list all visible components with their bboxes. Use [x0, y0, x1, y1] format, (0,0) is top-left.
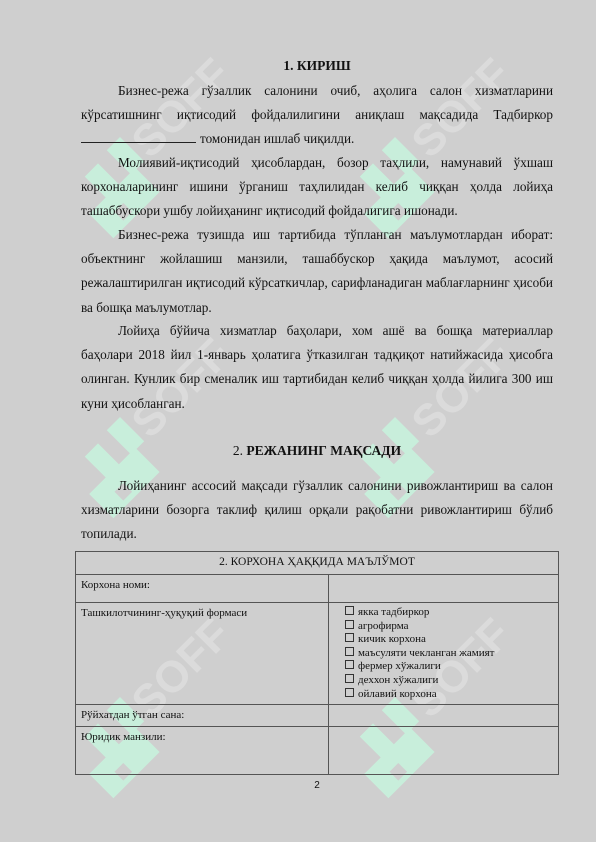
- row-label-company-name: Корхона номи:: [76, 575, 329, 603]
- blank-fill-line: [81, 130, 196, 143]
- paragraph-text: Молиявий-иқтисодий ҳисоблардан, бозор та…: [81, 155, 553, 218]
- table-row: Рўйхатдан ўтган сана:: [76, 705, 559, 727]
- paragraph-text: Бизнес-режа тузишда иш тартибида тўпланг…: [81, 227, 553, 315]
- row-label-legal-address: Юридик манзили:: [76, 727, 329, 775]
- row-label-registration-date: Рўйхатдан ўтган сана:: [76, 705, 329, 727]
- option-farm[interactable]: фермер хўжалиги: [345, 660, 553, 674]
- table-header-row: 2. КОРХОНА ҲАҚҚИДА МАЪЛЎМОТ: [76, 552, 559, 575]
- table-row: Корхона номи:: [76, 575, 559, 603]
- section-1-paragraph-1: Бизнес-режа гўзаллик салонини очиб, аҳол…: [81, 79, 553, 152]
- page-number: 2: [81, 780, 553, 791]
- section-2-title: 2. РЕЖАНИНГ МАҚСАДИ: [81, 443, 553, 459]
- checkbox-icon[interactable]: [345, 647, 354, 656]
- paragraph-text: Лойиҳанинг ассосий мақсади гўзаллик сало…: [81, 478, 553, 541]
- section-1-paragraph-3: Бизнес-режа тузишда иш тартибида тўпланг…: [81, 223, 553, 320]
- checkbox-icon[interactable]: [345, 620, 354, 629]
- section-1-paragraph-2: Молиявий-иқтисодий ҳисоблардан, бозор та…: [81, 151, 553, 224]
- option-family-enterprise[interactable]: ойлавий корхона: [345, 688, 553, 702]
- paragraph-text: томонидан ишлаб чиқилди.: [200, 131, 354, 146]
- company-info-table: 2. КОРХОНА ҲАҚҚИДА МАЪЛЎМОТ Корхона номи…: [75, 551, 559, 775]
- checkbox-icon[interactable]: [345, 606, 354, 615]
- table-row: Юридик манзили:: [76, 727, 559, 775]
- row-value-company-name[interactable]: [329, 575, 559, 603]
- row-value-legal-address[interactable]: [329, 727, 559, 775]
- section-2-title-text: РЕЖАНИНГ МАҚСАДИ: [246, 443, 401, 458]
- option-llc[interactable]: маъсуляти чекланган жамият: [345, 647, 553, 661]
- section-2-paragraph: Лойиҳанинг ассосий мақсади гўзаллик сало…: [81, 474, 553, 547]
- checkbox-icon[interactable]: [345, 674, 354, 683]
- option-small-enterprise[interactable]: кичик корхона: [345, 633, 553, 647]
- table-header: 2. КОРХОНА ҲАҚҚИДА МАЪЛЎМОТ: [76, 552, 559, 575]
- section-1-title: 1. КИРИШ: [81, 58, 553, 74]
- paragraph-text: Бизнес-режа гўзаллик салонини очиб, аҳол…: [81, 83, 553, 122]
- table-row: Ташкилотчининг-ҳуқуқий формаси якка тадб…: [76, 603, 559, 705]
- option-dehkan-farm[interactable]: деххон хўжалиги: [345, 674, 553, 688]
- section-1-paragraph-4: Лойиҳа бўйича хизматлар баҳолари, хом аш…: [81, 319, 553, 416]
- checkbox-icon[interactable]: [345, 660, 354, 669]
- paragraph-text: Лойиҳа бўйича хизматлар баҳолари, хом аш…: [81, 323, 553, 411]
- document-page: SOFF 1. КИРИШ Бизнес-режа гўзаллик салон…: [0, 0, 596, 842]
- section-2-number: 2.: [233, 443, 243, 458]
- checkbox-icon[interactable]: [345, 688, 354, 697]
- checkbox-icon[interactable]: [345, 633, 354, 642]
- option-agrofirm[interactable]: агрофирма: [345, 620, 553, 634]
- option-individual-entrepreneur[interactable]: якка тадбиркор: [345, 606, 553, 620]
- row-value-registration-date[interactable]: [329, 705, 559, 727]
- row-label-legal-form: Ташкилотчининг-ҳуқуқий формаси: [76, 603, 329, 705]
- legal-form-options: якка тадбиркор агрофирма кичик корхона м…: [329, 603, 559, 705]
